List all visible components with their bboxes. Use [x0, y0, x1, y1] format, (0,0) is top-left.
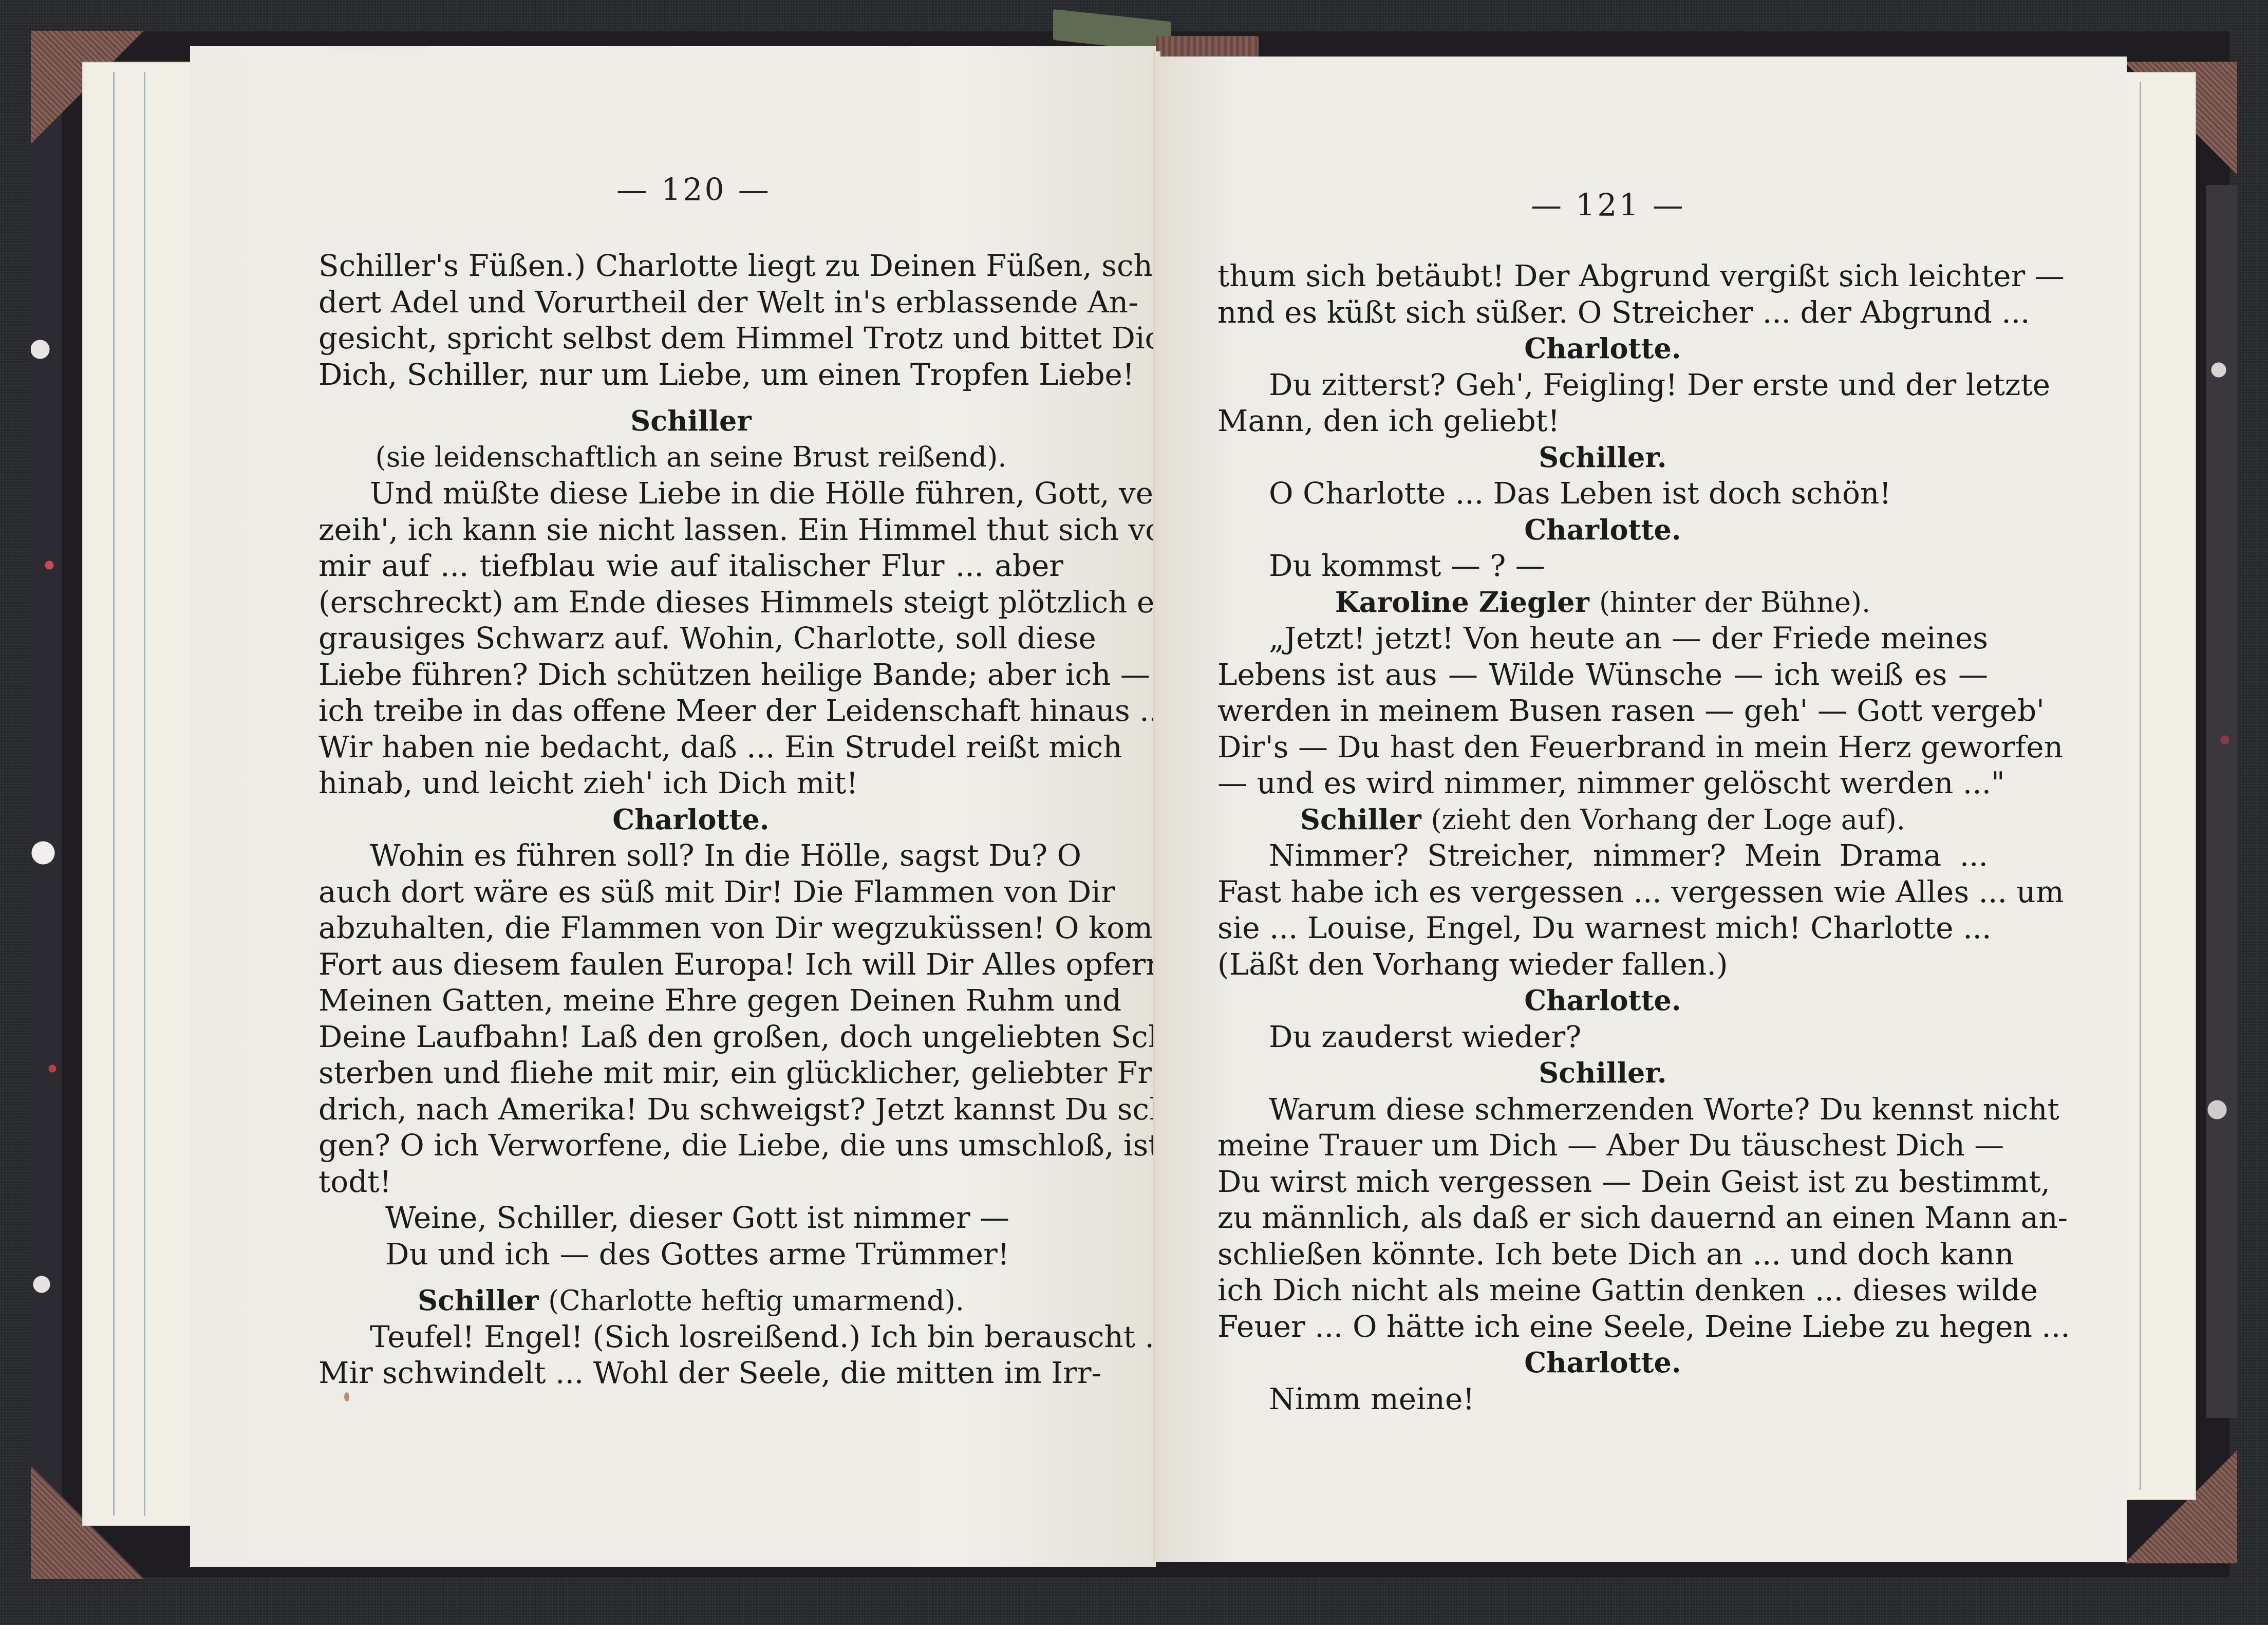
text-line: „Jetzt! jetzt! Von heute an — der Friede…: [1217, 620, 1988, 657]
speaker-heading: Schiller.: [1217, 439, 1988, 476]
speaker-heading: Schiller (zieht den Vorhang der Loge auf…: [1217, 801, 1988, 838]
text-line: Warum diese schmerzenden Worte? Du kenns…: [1217, 1091, 1988, 1128]
text-line: Du zitterst? Geh', Feigling! Der erste u…: [1217, 367, 1988, 403]
page-text: thum sich betäubt! Der Abgrund vergißt s…: [1217, 258, 1988, 1417]
speaker-heading: Schiller (Charlotte heftig umarmend).: [318, 1282, 1063, 1319]
stage-direction: (zieht den Vorhang der Loge auf).: [1431, 804, 1905, 836]
stage-direction: (hinter der Bühne).: [1599, 586, 1870, 619]
speaker-heading: Charlotte.: [1217, 512, 1988, 548]
text-line: grausiges Schwarz auf. Wohin, Charlotte,…: [318, 620, 1063, 657]
page-number: — 120 —: [616, 172, 771, 208]
text-line: drich, nach Amerika! Du schweigst? Jetzt…: [318, 1091, 1063, 1128]
speaker-heading: Charlotte.: [318, 801, 1063, 838]
speaker-heading: Charlotte.: [1217, 330, 1988, 367]
text-line: zeih', ich kann sie nicht lassen. Ein Hi…: [318, 512, 1063, 548]
left-page: — 120 — Schiller's Füßen.) Charlotte lie…: [190, 46, 1156, 1567]
text-line: abzuhalten, die Flammen von Dir wegzuküs…: [318, 910, 1063, 946]
text-line: Lebens ist aus — Wilde Wünsche — ich wei…: [1217, 657, 1988, 693]
text-line: Liebe führen? Dich schützen heilige Band…: [318, 657, 1063, 693]
text-line: dert Adel und Vorurtheil der Welt in's e…: [318, 284, 1063, 321]
right-page: — 121 — thum sich betäubt! Der Abgrund v…: [1156, 57, 2127, 1562]
speaker-name: Karoline Ziegler: [1335, 586, 1589, 619]
speaker-heading: Charlotte.: [1217, 982, 1988, 1019]
text-line: Dich, Schiller, nur um Liebe, um einen T…: [318, 357, 1063, 393]
text-line: Du zauderst wieder?: [1217, 1019, 1988, 1055]
headband: [1156, 36, 1259, 57]
text-line: ich Dich nicht als meine Gattin denken .…: [1217, 1272, 1988, 1309]
speaker-heading: Charlotte.: [1217, 1344, 1988, 1381]
stage-direction: (Charlotte heftig umarmend).: [548, 1284, 964, 1317]
stage-direction: (sie leidenschaftlich an seine Brust rei…: [318, 439, 1063, 476]
text-line: thum sich betäubt! Der Abgrund vergißt s…: [1217, 258, 1988, 294]
text-line: Fast habe ich es vergessen ... vergessen…: [1217, 874, 1988, 910]
text-line: meine Trauer um Dich — Aber Du täuschest…: [1217, 1127, 1988, 1164]
text-line: gesicht, spricht selbst dem Himmel Trotz…: [318, 320, 1063, 357]
text-line: mir auf ... tiefblau wie auf italischer …: [318, 548, 1063, 584]
text-line: ich treibe in das offene Meer der Leiden…: [318, 693, 1063, 729]
text-line: Nimm meine!: [1217, 1381, 1988, 1417]
text-line: zu männlich, als daß er sich dauernd an …: [1217, 1200, 1988, 1236]
text-line: Deine Laufbahn! Laß den großen, doch ung…: [318, 1019, 1063, 1055]
text-line: Dir's — Du hast den Feuerbrand in mein H…: [1217, 729, 1988, 765]
text-line: sterben und fliehe mit mir, ein glücklic…: [318, 1055, 1063, 1091]
verse-line: Du und ich — des Gottes arme Trümmer!: [318, 1236, 1063, 1273]
speaker-heading: Karoline Ziegler (hinter der Bühne).: [1217, 584, 1988, 621]
text-line: werden in meinem Busen rasen — geh' — Go…: [1217, 693, 1988, 729]
text-line: Mir schwindelt ... Wohl der Seele, die m…: [318, 1355, 1063, 1391]
text-line: Du wirst mich vergessen — Dein Geist ist…: [1217, 1164, 1988, 1200]
text-line: Und müßte diese Liebe in die Hölle führe…: [318, 475, 1063, 512]
text-line: (Läßt den Vorhang wieder fallen.): [1217, 946, 1988, 983]
text-line: todt!: [318, 1164, 1063, 1200]
text-line: gen? O ich Verworfene, die Liebe, die un…: [318, 1127, 1063, 1164]
text-line: (erschreckt) am Ende dieses Himmels stei…: [318, 584, 1063, 621]
text-line: Wir haben nie bedacht, daß ... Ein Strud…: [318, 729, 1063, 765]
verse-line: Weine, Schiller, dieser Gott ist nimmer …: [318, 1200, 1063, 1236]
text-line: auch dort wäre es süß mit Dir! Die Flamm…: [318, 874, 1063, 910]
text-line: Feuer ... O hätte ich eine Seele, Deine …: [1217, 1309, 1988, 1345]
paper-foxing-spot: [344, 1392, 349, 1402]
speaker-heading: Schiller.: [1217, 1055, 1988, 1091]
text-line: nnd es küßt sich süßer. O Streicher ... …: [1217, 294, 1988, 331]
text-line: — und es wird nimmer, nimmer gelöscht we…: [1217, 765, 1988, 801]
text-line: Nimmer? Streicher, nimmer? Mein Drama ..…: [1217, 837, 1988, 874]
marbled-board-left: [31, 62, 62, 1500]
text-line: O Charlotte ... Das Leben ist doch schön…: [1217, 475, 1988, 512]
speaker-name: Schiller: [418, 1284, 539, 1317]
text-line: Du kommst — ? —: [1217, 548, 1988, 584]
text-line: Teufel! Engel! (Sich losreißend.) Ich bi…: [318, 1319, 1063, 1355]
text-line: Wohin es führen soll? In die Hölle, sags…: [318, 837, 1063, 874]
text-line: schließen könnte. Ich bete Dich an ... u…: [1217, 1236, 1988, 1273]
text-line: sie ... Louise, Engel, Du warnest mich! …: [1217, 910, 1988, 946]
marbled-board-right: [2206, 185, 2237, 1418]
text-line: hinab, und leicht zieh' ich Dich mit!: [318, 765, 1063, 801]
text-line: Schiller's Füßen.) Charlotte liegt zu De…: [318, 248, 1063, 284]
text-line: Meinen Gatten, meine Ehre gegen Deinen R…: [318, 982, 1063, 1019]
page-number: — 121 —: [1531, 188, 1685, 223]
text-line: Mann, den ich geliebt!: [1217, 403, 1988, 439]
speaker-heading: Schiller: [318, 403, 1063, 439]
text-line: Fort aus diesem faulen Europa! Ich will …: [318, 946, 1063, 983]
page-text: Schiller's Füßen.) Charlotte liegt zu De…: [318, 248, 1063, 1391]
speaker-name: Schiller: [1300, 803, 1421, 836]
page-edges-left: [82, 62, 200, 1526]
